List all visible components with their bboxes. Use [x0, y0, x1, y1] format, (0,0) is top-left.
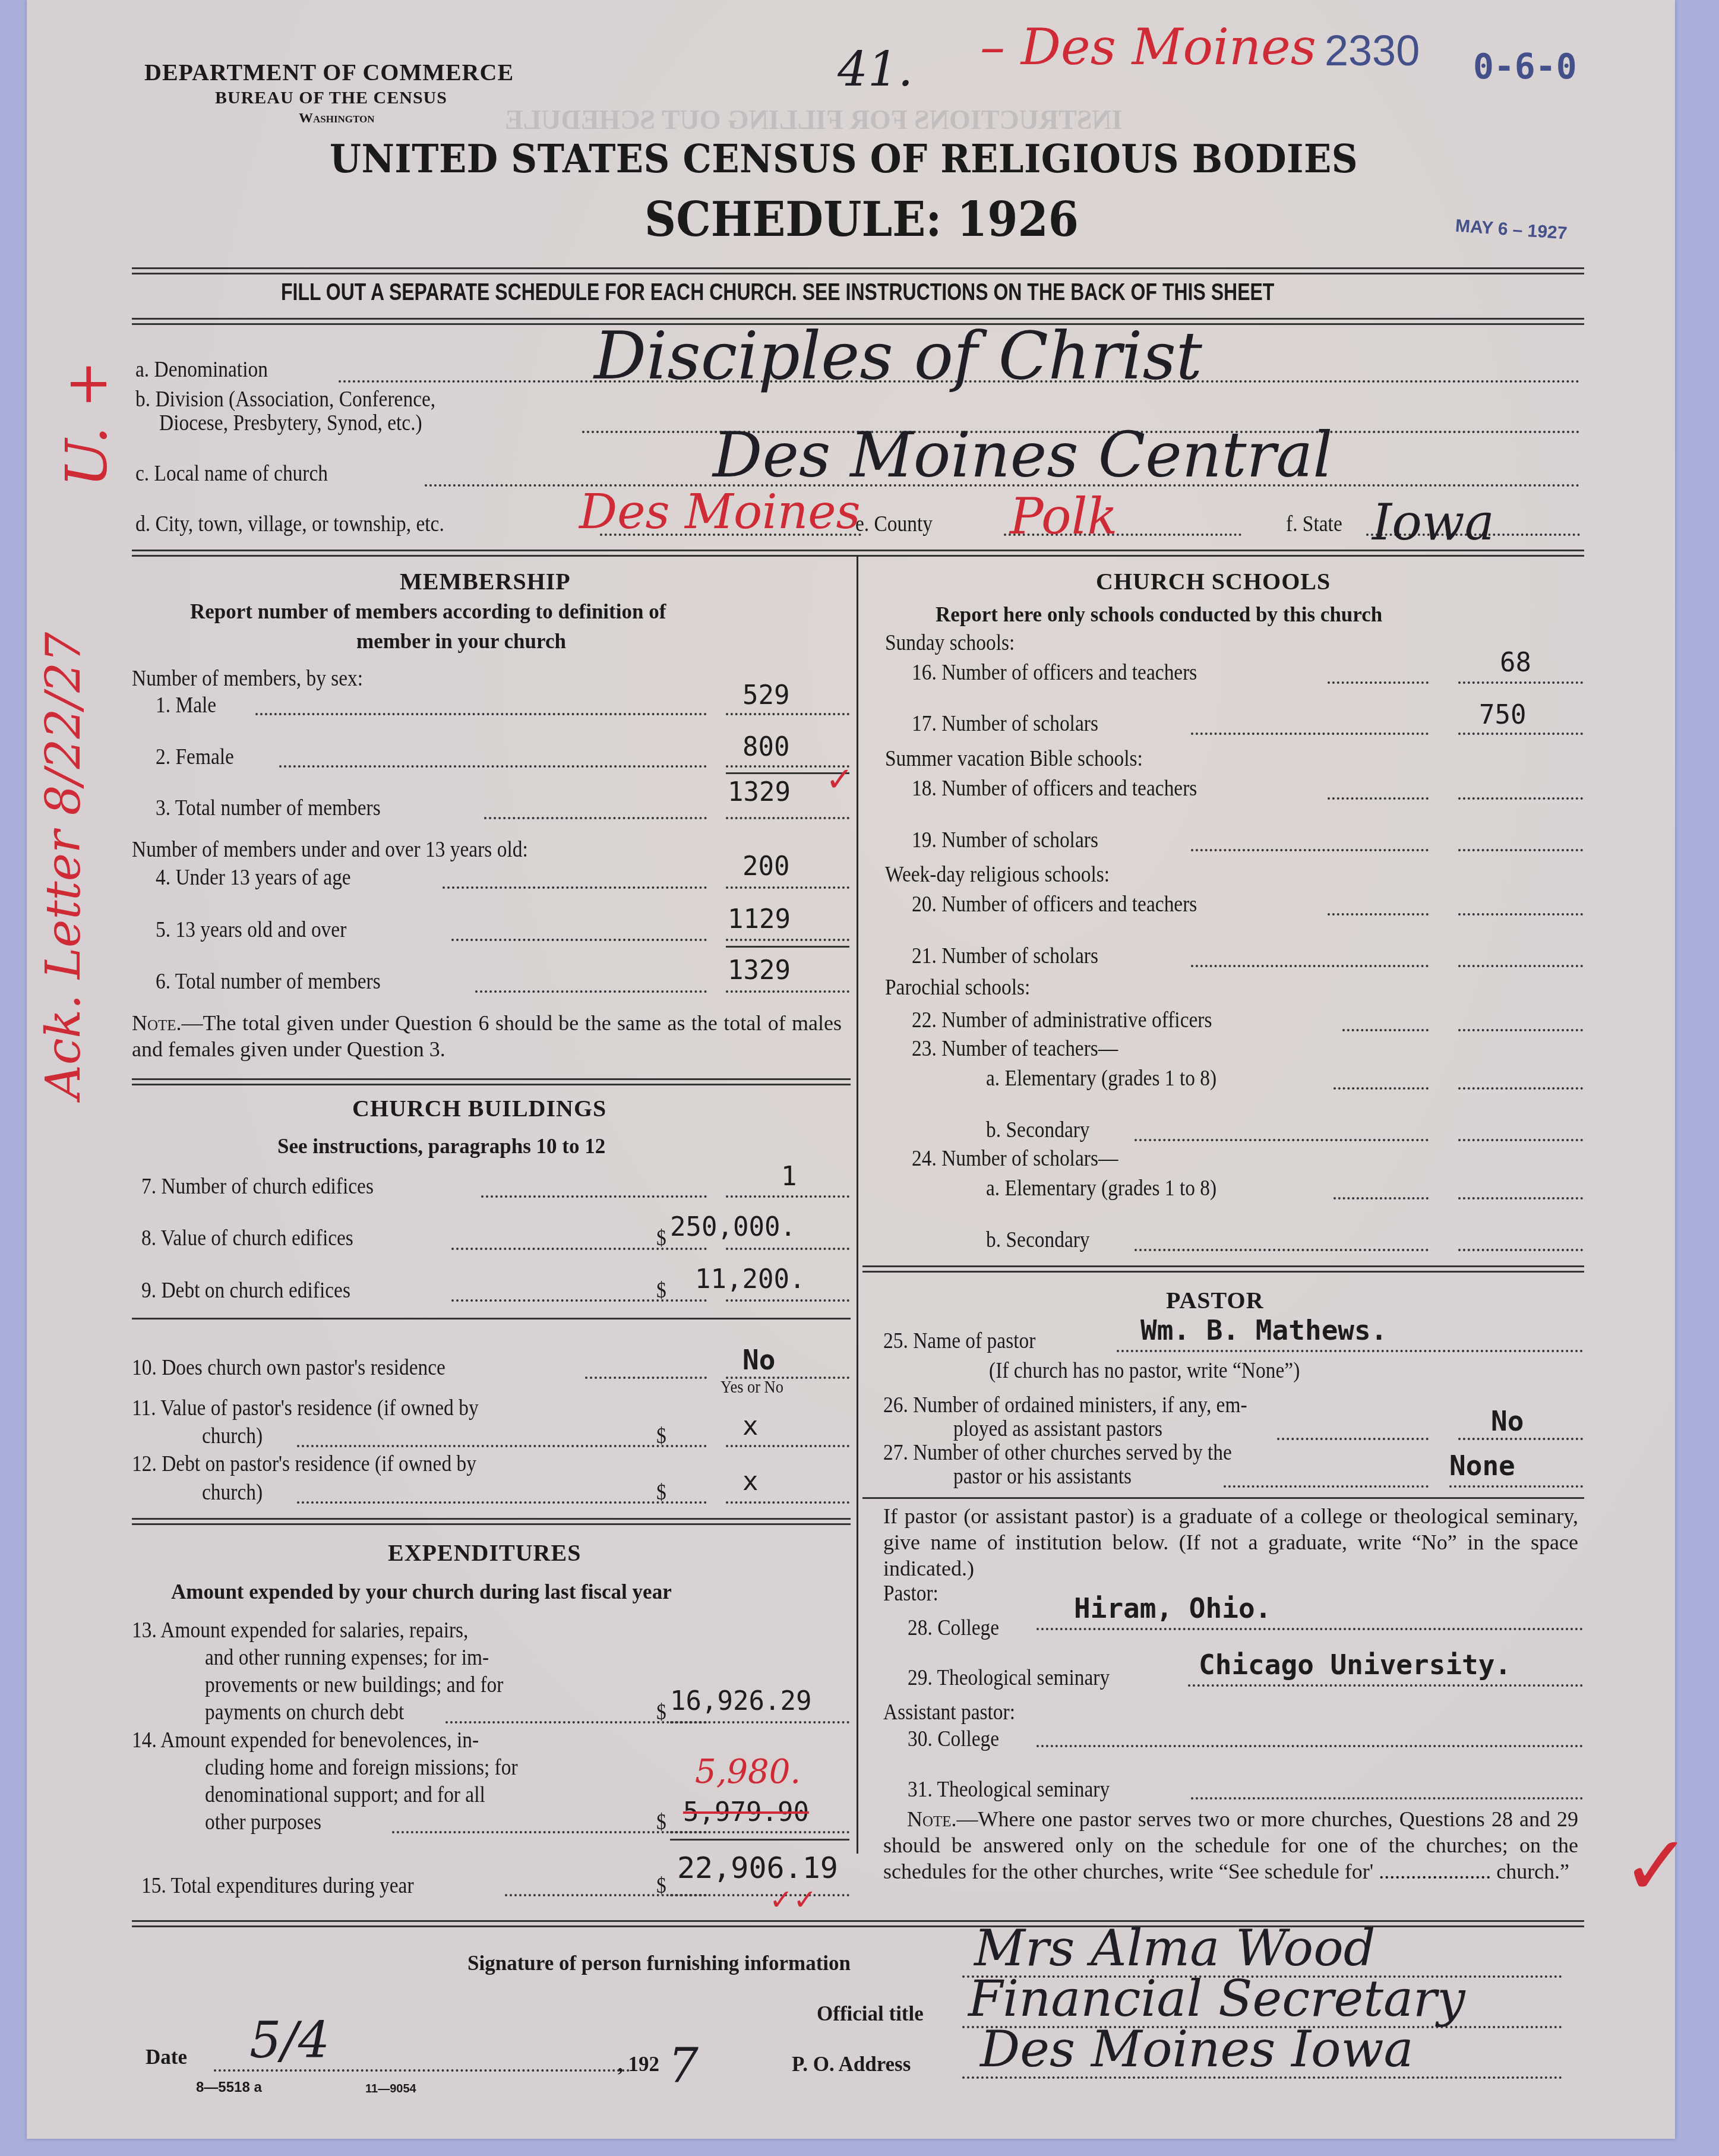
over-13-field[interactable]: 1129 [728, 904, 791, 935]
edifices-count-leader [481, 1195, 707, 1198]
sunday-scholars-line [1458, 733, 1583, 735]
summer-scholars-field[interactable] [1458, 849, 1583, 851]
assistant-college-label: 30. College [908, 1726, 999, 1752]
teachers-elementary-field[interactable] [1458, 1087, 1583, 1090]
residence-debt-field[interactable]: x [742, 1466, 759, 1497]
edifices-debt-field[interactable]: 11,200. [695, 1264, 805, 1295]
year-field[interactable]: 7 [668, 2038, 699, 2093]
edifices-count-label: 7. Number of church edifices [141, 1173, 374, 1199]
schedule-year: SCHEDULE: 1926 [644, 191, 1079, 247]
column-divider [857, 555, 858, 1854]
year-label: , 192 [618, 2053, 659, 2076]
total-members-line [726, 817, 849, 819]
form-title: UNITED STATES CENSUS OF RELIGIOUS BODIES [330, 135, 1358, 182]
stamp-code: 0-6-0 [1473, 46, 1577, 87]
header-rule [132, 267, 1584, 269]
currency-symbol: $ [656, 1809, 666, 1835]
admin-officers-label: 22. Number of administrative officers [912, 1007, 1212, 1033]
pastor-heading: PASTOR [1166, 1286, 1264, 1314]
currency-symbol: $ [656, 1277, 666, 1303]
edifices-value-field[interactable]: 250,000. [670, 1212, 796, 1242]
bureau-city: Washington [299, 111, 375, 127]
total-members-field[interactable]: 1329 [728, 777, 791, 807]
edifices-value-label: 8. Value of church edifices [141, 1225, 353, 1251]
note-prefix: Note. [883, 1807, 957, 1831]
official-title-label: Official title [817, 2002, 924, 2026]
scholars-elementary-leader [1334, 1197, 1429, 1199]
checkmark-icon: ✓ [826, 760, 854, 799]
by-sex-label: Number of members, by sex: [132, 665, 363, 692]
weekday-scholars-leader [1191, 965, 1429, 967]
over-13-line [726, 939, 849, 941]
benevolences-label-3: denominational support; and for all [205, 1782, 485, 1808]
county-label: e. County [855, 511, 933, 537]
edifices-value-leader [451, 1248, 707, 1250]
owns-residence-leader [585, 1377, 707, 1379]
church-schools-heading: CHURCH SCHOOLS [1096, 567, 1331, 595]
admin-officers-field[interactable] [1458, 1029, 1583, 1031]
teachers-count-label: 23. Number of teachers— [912, 1036, 1118, 1062]
sunday-schools-label: Sunday schools: [885, 630, 1015, 656]
residence-value-line [726, 1445, 849, 1447]
note-prefix: Note. [132, 1011, 182, 1035]
date-field[interactable]: 5/4 [249, 2011, 330, 2069]
weekday-teachers-field[interactable] [1458, 913, 1583, 916]
under-13-field[interactable]: 200 [742, 851, 789, 882]
running-expenses-label-2: and other running expenses; for im- [205, 1644, 489, 1671]
local-name-field[interactable]: Des Moines Central [713, 419, 1333, 491]
scholars-elementary-field[interactable] [1458, 1197, 1583, 1199]
county-field[interactable]: Polk [1010, 487, 1117, 545]
sunday-teachers-label: 16. Number of officers and teachers [912, 659, 1197, 686]
female-label: 2. Female [156, 744, 234, 770]
under-13-line [726, 886, 849, 889]
pastor-education-label: Pastor: [883, 1580, 939, 1606]
teachers-elementary-label: a. Elementary (grades 1 to 8) [986, 1065, 1216, 1091]
church-schools-subheading: Report here only schools conducted by th… [936, 603, 1382, 627]
total-members-label: 3. Total number of members [156, 795, 381, 821]
benevolences-field[interactable]: 5,979.90 [683, 1797, 809, 1827]
currency-symbol: $ [656, 1873, 666, 1899]
signature-label: Signature of person furnishing informati… [467, 1952, 851, 1975]
under-13-label: 4. Under 13 years of age [156, 864, 351, 891]
running-expenses-label-3: provements or new buildings; and for [205, 1672, 503, 1698]
currency-symbol: $ [656, 1699, 666, 1725]
running-expenses-label-4: payments on church debt [205, 1699, 404, 1725]
bureau-name: BUREAU OF THE CENSUS [215, 88, 447, 108]
yes-or-no-hint: Yes or No [721, 1377, 783, 1397]
running-expenses-leader [445, 1721, 707, 1723]
male-leader [255, 713, 707, 715]
margin-mark: U. + [53, 360, 120, 487]
benevolences-label-2: cluding home and foreign missions; for [205, 1754, 518, 1781]
denomination-label: a. Denomination [135, 356, 268, 383]
pastor-college-label: 28. College [908, 1615, 999, 1641]
membership-heading: MEMBERSHIP [400, 567, 571, 595]
summer-teachers-leader [1328, 797, 1429, 800]
male-line [726, 713, 849, 715]
by-age-label: Number of members under and over 13 year… [132, 836, 528, 863]
handwritten-city-annotation: – Des Moines [980, 18, 1316, 76]
print-code: 11—9054 [365, 2082, 416, 2096]
pastor-note: Note.—Where one pastor serves two or mor… [883, 1806, 1578, 1884]
running-expenses-field[interactable]: 16,926.29 [670, 1686, 811, 1716]
pastor-rule [862, 1497, 1584, 1499]
total-by-age-label: 6. Total number of members [156, 968, 381, 995]
over-13-sum-rule [726, 946, 849, 948]
scholars-count-label: 24. Number of scholars— [912, 1145, 1118, 1172]
signature-field[interactable]: Mrs Alma Wood [974, 1919, 1376, 1977]
note-text: —Where one pastor serves two or more chu… [883, 1807, 1578, 1883]
pastor-name-field[interactable]: Wm. B. Mathews. [1140, 1314, 1387, 1346]
under-13-leader [443, 886, 707, 889]
double-checkmark-icon: ✓✓ [769, 1883, 817, 1917]
residence-debt-leader [297, 1501, 707, 1504]
benevolences-line [670, 1831, 849, 1833]
identification-rule [132, 550, 1584, 551]
form-number: 8—5518 a [196, 2079, 262, 2096]
address-field[interactable]: Des Moines Iowa [980, 2020, 1414, 2078]
city-label: d. City, town, village, or township, etc… [135, 511, 444, 537]
summer-teachers-label: 18. Number of officers and teachers [912, 775, 1197, 801]
benevolences-label: 14. Amount expended for benevolences, in… [132, 1727, 479, 1753]
membership-subheading-cont: member in your church [356, 630, 566, 654]
state-field[interactable]: Iowa [1372, 493, 1494, 551]
currency-symbol: $ [656, 1225, 666, 1251]
handwritten-number: 41. [838, 42, 913, 97]
pastor-seminary-line [1188, 1684, 1583, 1687]
edifices-count-line [726, 1195, 849, 1198]
total-by-age-field[interactable]: 1329 [728, 955, 791, 986]
over-13-label: 5. 13 years old and over [156, 917, 346, 943]
date-label: Date [146, 2045, 187, 2069]
weekday-teachers-leader [1328, 913, 1429, 916]
benevolences-sum-rule [670, 1839, 849, 1841]
date-line [214, 2069, 630, 2072]
pastor-college-field[interactable]: Hiram, Ohio. [1074, 1592, 1271, 1624]
male-field[interactable]: 529 [742, 680, 789, 711]
residence-value-leader [297, 1445, 707, 1447]
total-by-age-line [726, 990, 849, 993]
graduate-instructions: If pastor (or assistant pastor) is a gra… [883, 1503, 1578, 1582]
owns-residence-field[interactable]: No [742, 1344, 775, 1376]
membership-subheading: Report number of members according to de… [190, 600, 666, 624]
sunday-scholars-leader [1191, 733, 1429, 735]
summer-scholars-leader [1191, 849, 1429, 851]
pastor-seminary-field[interactable]: Chicago University. [1199, 1649, 1511, 1681]
assistant-seminary-label: 31. Theological seminary [908, 1776, 1110, 1803]
sunday-scholars-label: 17. Number of scholars [912, 711, 1098, 737]
other-churches-line [1449, 1485, 1583, 1488]
weekday-scholars-field[interactable] [1458, 965, 1583, 967]
edifices-rule [132, 1318, 851, 1320]
corrected-benevolences: 5,980. [695, 1753, 801, 1791]
buildings-heading: CHURCH BUILDINGS [352, 1094, 606, 1122]
assistant-ministers-leader [1277, 1438, 1429, 1440]
assistant-ministers-label-cont: ployed as assistant pastors [953, 1416, 1162, 1442]
teachers-elementary-leader [1334, 1087, 1429, 1090]
edifices-debt-leader [451, 1299, 707, 1302]
currency-symbol: $ [656, 1479, 666, 1505]
other-churches-field[interactable]: None [1449, 1450, 1515, 1482]
local-name-label: c. Local name of church [135, 460, 328, 487]
assistant-ministers-field[interactable]: No [1491, 1405, 1524, 1437]
scholars-secondary-field[interactable] [1458, 1249, 1583, 1251]
scholars-secondary-leader [1135, 1249, 1429, 1251]
department-name: DEPARTMENT OF COMMERCE [144, 58, 514, 86]
assistant-college-field[interactable] [1037, 1745, 1583, 1747]
edifices-debt-label: 9. Debt on church edifices [141, 1277, 350, 1303]
pastor-name-hint: (If church has no pastor, write “None”) [989, 1358, 1300, 1384]
teachers-secondary-field[interactable] [1458, 1139, 1583, 1141]
total-members-leader [484, 817, 707, 819]
teachers-secondary-leader [1135, 1139, 1429, 1141]
male-label: 1. Male [156, 692, 216, 718]
official-title-field[interactable]: Financial Secretary [968, 1969, 1465, 2028]
summer-schools-label: Summer vacation Bible schools: [885, 746, 1143, 772]
residence-debt-label: 12. Debt on pastor's residence (if owned… [132, 1451, 476, 1477]
buildings-subheading: See instructions, paragraphs 10 to 12 [277, 1135, 605, 1159]
summer-teachers-field[interactable] [1458, 797, 1583, 800]
female-field[interactable]: 800 [742, 732, 789, 762]
other-churches-label: 27. Number of other churches served by t… [883, 1440, 1232, 1466]
stamp-number: 2330 [1325, 27, 1420, 75]
sunday-teachers-leader [1328, 681, 1429, 684]
weekday-teachers-label: 20. Number of officers and teachers [912, 891, 1197, 917]
division-label-cont: Diocese, Presbytery, Synod, etc.) [159, 410, 422, 436]
assistant-ministers-label: 26. Number of ordained ministers, if any… [883, 1392, 1247, 1418]
teachers-secondary-label: b. Secondary [986, 1117, 1090, 1143]
other-churches-label-cont: pastor or his assistants [953, 1463, 1132, 1489]
assistant-education-label: Assistant pastor: [883, 1699, 1015, 1725]
sunday-scholars-field[interactable]: 750 [1479, 700, 1526, 730]
benevolences-label-4: other purposes [205, 1809, 321, 1835]
scholars-secondary-label: b. Secondary [986, 1227, 1090, 1253]
schools-rule [862, 1265, 1584, 1267]
denomination-field[interactable]: Disciples of Christ [594, 318, 1202, 394]
female-leader [279, 765, 707, 768]
checkmark-icon: ✓ [1622, 1818, 1691, 1915]
expenditures-subheading: Amount expended by your church during la… [171, 1580, 672, 1604]
state-label: f. State [1286, 511, 1342, 537]
residence-value-label-cont: church) [202, 1423, 263, 1449]
admin-officers-leader [1342, 1029, 1429, 1031]
instruction-banner: FILL OUT A SEPARATE SCHEDULE FOR EACH CH… [281, 279, 1274, 306]
currency-symbol: $ [656, 1423, 666, 1449]
weekday-schools-label: Week-day religious schools: [885, 861, 1110, 888]
sunday-teachers-field[interactable]: 68 [1500, 648, 1531, 678]
pastor-seminary-label: 29. Theological seminary [908, 1665, 1110, 1691]
other-churches-leader [1224, 1485, 1429, 1488]
city-field[interactable]: Des Moines [579, 484, 861, 539]
division-label: b. Division (Association, Conference, [135, 386, 435, 412]
summer-scholars-label: 19. Number of scholars [912, 827, 1098, 853]
total-by-age-leader [475, 990, 707, 993]
residence-value-label: 11. Value of pastor's residence (if owne… [132, 1395, 479, 1421]
scholars-elementary-label: a. Elementary (grades 1 to 8) [986, 1175, 1216, 1201]
margin-acknowledgement-note: Ack. Letter 8/22/27 [36, 632, 91, 1099]
edifices-debt-line [726, 1299, 849, 1302]
address-label: P. O. Address [792, 2053, 911, 2076]
pastor-college-line [1037, 1628, 1583, 1630]
assistant-seminary-field[interactable] [1191, 1797, 1583, 1800]
edifices-count-field[interactable]: 1 [781, 1161, 797, 1192]
membership-note: Note.—The total given under Question 6 s… [132, 1010, 842, 1062]
assistant-ministers-line [1458, 1438, 1583, 1440]
total-expenditures-line [670, 1894, 849, 1896]
total-expenditures-label: 15. Total expenditures during year [141, 1873, 414, 1899]
residence-debt-line [726, 1501, 849, 1504]
total-expenditures-field[interactable]: 22,906.19 [677, 1851, 838, 1885]
parochial-schools-label: Parochial schools: [885, 974, 1030, 1000]
residence-value-field[interactable]: x [742, 1411, 759, 1441]
weekday-scholars-label: 21. Number of scholars [912, 943, 1098, 969]
pastor-name-label: 25. Name of pastor [883, 1328, 1035, 1354]
buildings-rule [132, 1518, 851, 1520]
sunday-teachers-line [1458, 681, 1583, 684]
pastor-name-line [1117, 1350, 1583, 1352]
note-text: —The total given under Question 6 should… [132, 1011, 842, 1061]
membership-rule [132, 1078, 851, 1080]
running-expenses-line [670, 1721, 849, 1723]
residence-debt-label-cont: church) [202, 1479, 263, 1505]
over-13-leader [451, 939, 707, 941]
bleed-through-text: INSTRUCTIONS FOR FILLING OUT SCHEDULE [505, 104, 1123, 135]
owns-residence-label: 10. Does church own pastor's residence [132, 1355, 445, 1381]
expenditures-heading: EXPENDITURES [388, 1539, 581, 1567]
running-expenses-label: 13. Amount expended for salaries, repair… [132, 1617, 468, 1643]
edifices-value-line [726, 1248, 849, 1250]
